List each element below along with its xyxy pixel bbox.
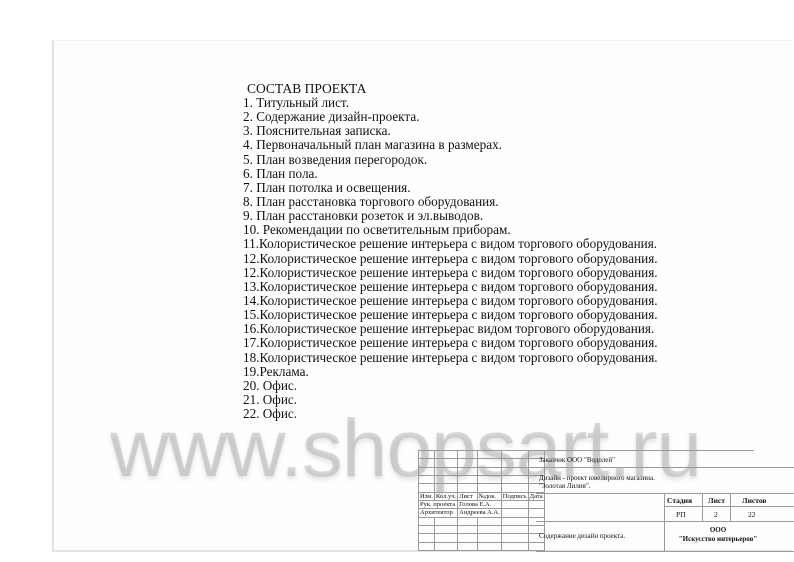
header-podpis: Подпись xyxy=(501,492,528,500)
list-item: 17.Колористическое решение интерьера с в… xyxy=(243,336,658,350)
list-item: 5. План возведения перегородок. xyxy=(243,153,658,167)
list-item: 19.Реклама. xyxy=(243,365,658,379)
list-item: 10. Рекомендации по осветительным прибор… xyxy=(243,223,658,237)
list-item: 12.Колористическое решение интерьера с в… xyxy=(243,252,658,266)
stage-value: РП xyxy=(676,510,686,519)
list-item: 13.Колористическое решение интерьера с в… xyxy=(243,280,658,294)
list-item: 9. План расстановки розеток и эл.выводов… xyxy=(243,209,658,223)
list-item: 1. Титульный лист. xyxy=(243,96,658,110)
document-title: СОСТАВ ПРОЕКТА xyxy=(247,81,658,96)
list-item: 15.Колористическое решение интерьера с в… xyxy=(243,308,658,322)
list-item: 14.Колористическое решение интерьера с в… xyxy=(243,294,658,308)
sheets-label: Листов xyxy=(742,496,766,505)
list-item: 8. План расстановка торгового оборудован… xyxy=(243,195,658,209)
sheets-value: 22 xyxy=(748,510,756,519)
role-project-lead: Рук. проекта xyxy=(419,500,458,508)
organization: ООО "Искусство интерьеров" xyxy=(664,526,772,544)
list-item: 20. Офис. xyxy=(243,379,658,393)
name-project-lead: Голова Е.А. xyxy=(458,500,502,508)
list-item: 3. Пояснительная записка. xyxy=(243,124,658,138)
list-item: 11.Колористическое решение интерьера с в… xyxy=(243,237,658,251)
sheet-value: 2 xyxy=(714,510,718,519)
list-item: 7. План потолка и освещения. xyxy=(243,181,658,195)
sheet-label: Лист xyxy=(708,496,725,505)
list-item: 18.Колористическое решение интерьера с в… xyxy=(243,351,658,365)
project-name-line2: "Золотая Лилия". xyxy=(539,482,590,490)
header-kol: Кол.уч. xyxy=(434,492,457,500)
title-block: Изм. Кол.уч. Лист №док. Подпись Дата Рук… xyxy=(418,450,754,551)
client-name: Заказчик ООО "Водолей" xyxy=(539,456,615,464)
org-line1: ООО xyxy=(664,526,772,535)
sheet-title: Содержание дизайн проекта. xyxy=(539,532,625,540)
contents-list: 1. Титульный лист.2. Содержание дизайн-п… xyxy=(243,96,658,421)
header-ndok: №док. xyxy=(477,492,501,500)
title-block-info: Заказчик ООО "Водолей" Дизайн - проект ю… xyxy=(536,450,754,552)
list-item: 6. План пола. xyxy=(243,167,658,181)
revision-grid: Изм. Кол.уч. Лист №док. Подпись Дата Рук… xyxy=(418,450,545,551)
project-name-line1: Дизайн - проект ювелирного магазина. xyxy=(539,474,655,482)
header-izm: Изм. xyxy=(419,492,435,500)
list-item: 2. Содержание дизайн-проекта. xyxy=(243,110,658,124)
role-architect: Архитектор xyxy=(419,509,458,517)
list-item: 16.Колористическое решение интерьерас ви… xyxy=(243,322,658,336)
name-architect: Андреева А.А. xyxy=(458,509,502,517)
org-line2: "Искусство интерьеров" xyxy=(664,535,772,544)
header-list: Лист xyxy=(458,492,478,500)
stage-label: Стадия xyxy=(667,496,692,505)
document-content: СОСТАВ ПРОЕКТА 1. Титульный лист.2. Соде… xyxy=(243,81,658,421)
list-item: 4. Первоначальный план магазина в размер… xyxy=(243,138,658,152)
list-item: 12.Колористическое решение интерьера с в… xyxy=(243,266,658,280)
